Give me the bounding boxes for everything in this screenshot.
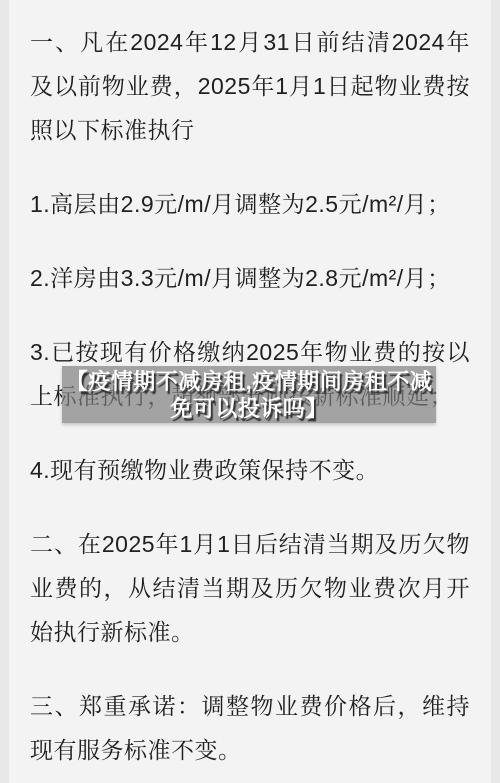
- notice-line: 始执行新标准。: [30, 610, 470, 654]
- watermark-text-line-2: 免可以投诉吗】: [170, 395, 328, 422]
- notice-line: 及以前物业费，2025年1月1日起物业费按: [30, 64, 470, 108]
- watermark-text-line-1: 【疫情期不减房租,疫情期间房租不减: [66, 368, 433, 395]
- notice-line: 照以下标准执行: [30, 108, 470, 152]
- paragraph-item-4: 4.现有预缴物业费政策保持不变。: [30, 448, 470, 492]
- notice-line: 1.高层由2.9元/m/月调整为2.5元/m²/月；: [30, 182, 470, 226]
- notice-line: 二、在2025年1月1日后结清当期及历欠物: [30, 522, 470, 566]
- paragraph-item-2: 2.洋房由3.3元/m/月调整为2.8元/m²/月；: [30, 256, 470, 300]
- notice-line: 2.洋房由3.3元/m/月调整为2.8元/m²/月；: [30, 256, 470, 300]
- notice-line: 现有服务标准不变。: [30, 728, 470, 772]
- notice-line: 4.现有预缴物业费政策保持不变。: [30, 448, 470, 492]
- notice-line: 一、凡在2024年12月31日前结清2024年: [30, 20, 470, 64]
- notice-line: 三、郑重承诺：调整物业费价格后，维持: [30, 684, 470, 728]
- watermark-overlay: 【疫情期不减房租,疫情期间房租不减 免可以投诉吗】: [62, 366, 436, 423]
- paragraph-item-1: 1.高层由2.9元/m/月调整为2.5元/m²/月；: [30, 182, 470, 226]
- notice-line: 业费的，从结清当期及历欠物业费次月开: [30, 566, 470, 610]
- paragraph-section-3: 三、郑重承诺：调整物业费价格后，维持 现有服务标准不变。: [30, 684, 470, 772]
- paragraph-section-2: 二、在2025年1月1日后结清当期及历欠物 业费的，从结清当期及历欠物业费次月开…: [30, 522, 470, 654]
- paragraph-section-1: 一、凡在2024年12月31日前结清2024年 及以前物业费，2025年1月1日…: [30, 20, 470, 152]
